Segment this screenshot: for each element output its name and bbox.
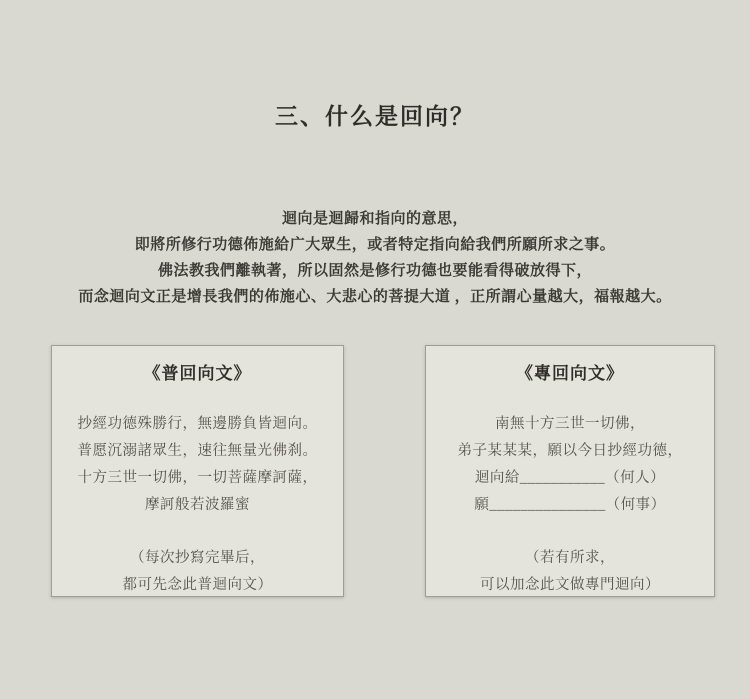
specific-body-line-3-blank-who: 迴向給___________（何人） bbox=[426, 465, 714, 492]
specific-card-note: （若有所求， 可以加念此文做專門迴向） bbox=[426, 545, 714, 599]
general-card-title: 《普回向文》 bbox=[52, 346, 343, 384]
general-body-line-4: 摩訶般若波羅蜜 bbox=[52, 492, 343, 519]
general-note-line-2: 都可先念此普迴向文） bbox=[52, 572, 343, 599]
general-dedication-card: 《普回向文》 抄經功德殊勝行，無邊勝負皆迴向。 普愿沉溺諸眾生，速往無量光佛刹。… bbox=[51, 345, 344, 597]
specific-body-line-1: 南無十方三世一切佛， bbox=[426, 411, 714, 438]
intro-line-4: 而念迴向文正是增長我們的佈施心、大悲心的菩提大道 ，正所謂心量越大，福報越大。 bbox=[0, 284, 750, 310]
specific-body-line-2: 弟子某某某，願以今日抄經功德， bbox=[426, 438, 714, 465]
page-title: 三、什么是回向？ bbox=[0, 98, 750, 131]
intro-line-1: 迴向是迴歸和指向的意思， bbox=[0, 206, 750, 232]
specific-card-title: 《專回向文》 bbox=[426, 346, 714, 384]
general-body-line-1: 抄經功德殊勝行，無邊勝負皆迴向。 bbox=[52, 411, 343, 438]
general-body-line-3: 十方三世一切佛，一切菩薩摩訶薩， bbox=[52, 465, 343, 492]
specific-dedication-card: 《專回向文》 南無十方三世一切佛， 弟子某某某，願以今日抄經功德， 迴向給___… bbox=[425, 345, 715, 597]
intro-line-3: 佛法教我們離執著，所以固然是修行功德也要能看得破放得下， bbox=[0, 258, 750, 284]
general-note-line-1: （每次抄寫完畢后， bbox=[52, 545, 343, 572]
specific-note-line-2: 可以加念此文做專門迴向） bbox=[426, 572, 714, 599]
intro-paragraph: 迴向是迴歸和指向的意思， 即將所修行功德佈施給广大眾生，或者特定指向給我們所願所… bbox=[0, 206, 750, 310]
dedication-info-page: 三、什么是回向？ 迴向是迴歸和指向的意思， 即將所修行功德佈施給广大眾生，或者特… bbox=[0, 0, 750, 699]
general-card-note: （每次抄寫完畢后， 都可先念此普迴向文） bbox=[52, 545, 343, 599]
specific-card-body: 南無十方三世一切佛， 弟子某某某，願以今日抄經功德， 迴向給__________… bbox=[426, 411, 714, 519]
intro-line-2: 即將所修行功德佈施給广大眾生，或者特定指向給我們所願所求之事。 bbox=[0, 232, 750, 258]
specific-note-line-1: （若有所求， bbox=[426, 545, 714, 572]
specific-body-line-4-blank-what: 願_______________（何事） bbox=[426, 492, 714, 519]
general-card-body: 抄經功德殊勝行，無邊勝負皆迴向。 普愿沉溺諸眾生，速往無量光佛刹。 十方三世一切… bbox=[52, 411, 343, 519]
general-body-line-2: 普愿沉溺諸眾生，速往無量光佛刹。 bbox=[52, 438, 343, 465]
